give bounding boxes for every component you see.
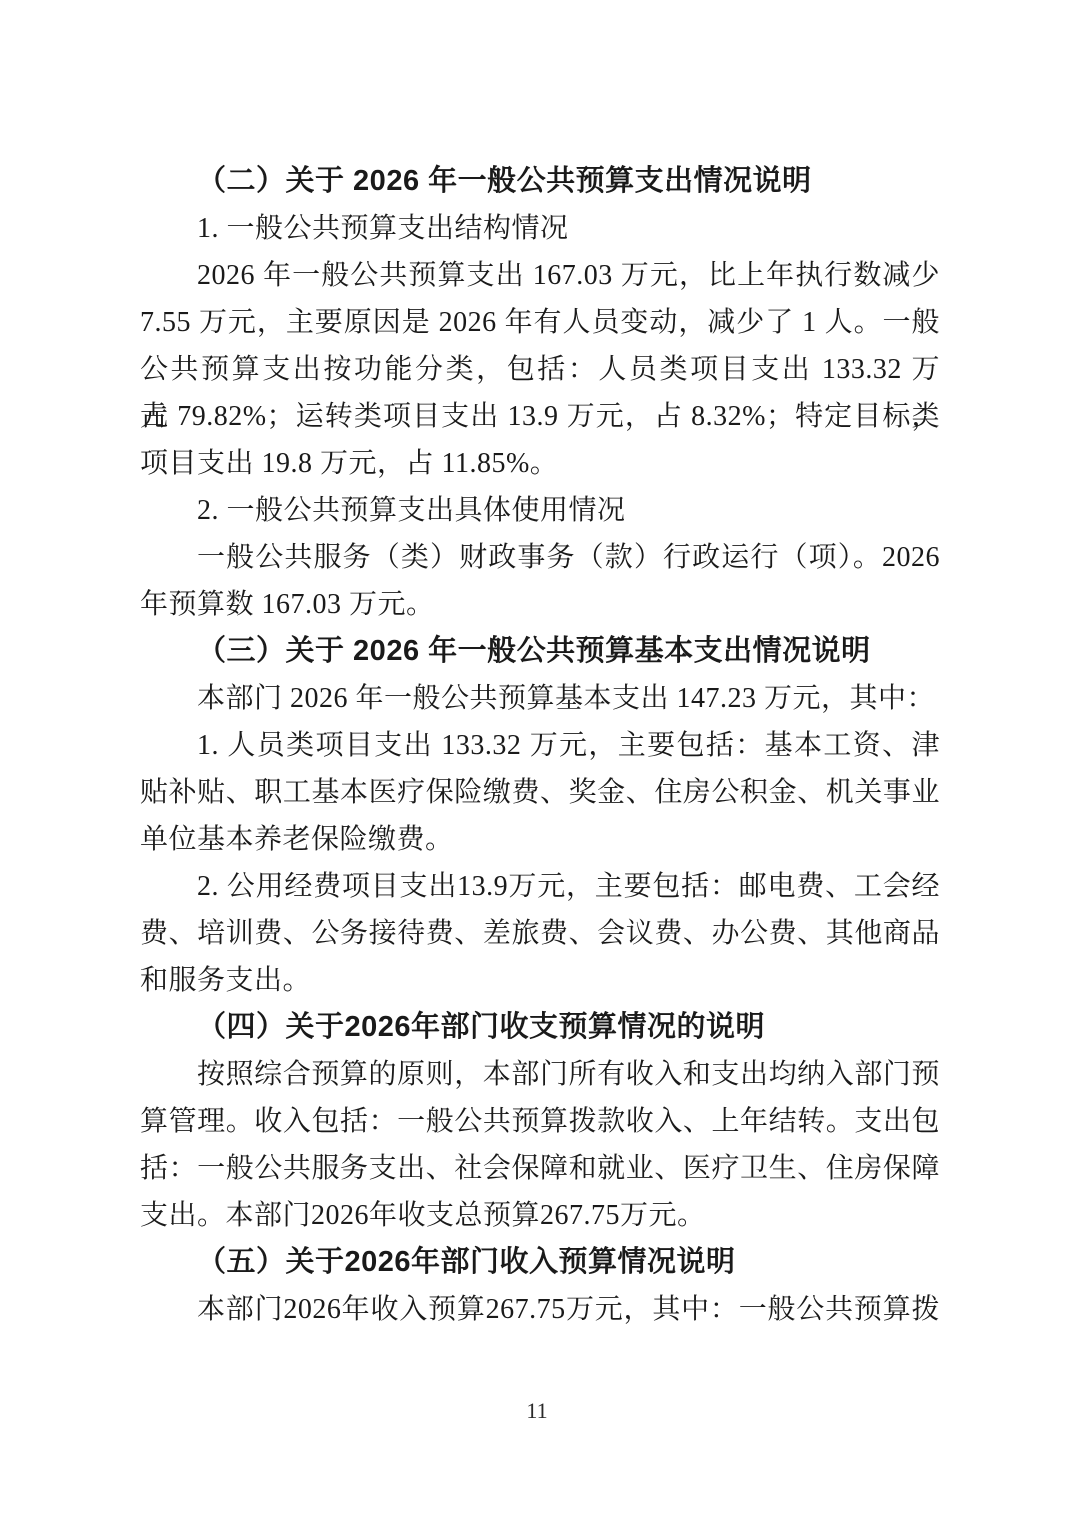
section-heading: （三）关于 2026 年一般公共预算基本支出情况说明 (140, 628, 940, 675)
paragraph-line: 括：一般公共服务支出、社会保障和就业、医疗卫生、住房保障 (140, 1145, 940, 1192)
paragraph-line: 2026 年一般公共预算支出 167.03 万元，比上年执行数减少 (140, 252, 940, 299)
paragraph-line: 1. 人员类项目支出 133.32 万元，主要包括：基本工资、津 (140, 722, 940, 769)
paragraph-line: 和服务支出。 (140, 957, 940, 1004)
paragraph-line: 本部门 2026 年一般公共预算基本支出 147.23 万元，其中： (140, 675, 940, 722)
document-content: （二）关于 2026 年一般公共预算支出情况说明1. 一般公共预算支出结构情况2… (140, 158, 940, 1333)
page-number: 11 (0, 1396, 1074, 1426)
section-heading: （二）关于 2026 年一般公共预算支出情况说明 (140, 158, 940, 205)
paragraph-line: 单位基本养老保险缴费。 (140, 816, 940, 863)
paragraph-line: 按照综合预算的原则，本部门所有收入和支出均纳入部门预 (140, 1051, 940, 1098)
paragraph-line: 费、培训费、公务接待费、差旅费、会议费、办公费、其他商品 (140, 910, 940, 957)
document-page: （二）关于 2026 年一般公共预算支出情况说明1. 一般公共预算支出结构情况2… (0, 0, 1074, 1520)
paragraph-line: 年预算数 167.03 万元。 (140, 581, 940, 628)
paragraph-line: 一般公共服务（类）财政事务（款）行政运行（项）。2026 (140, 534, 940, 581)
paragraph-line: 占 79.82%；运转类项目支出 13.9 万元，占 8.32%；特定目标类 (140, 393, 940, 440)
section-heading: 1. 一般公共预算支出结构情况 (140, 205, 940, 252)
paragraph-line: 公共预算支出按功能分类，包括：人员类项目支出 133.32 万元， (140, 346, 940, 393)
paragraph-line: 贴补贴、职工基本医疗保险缴费、奖金、住房公积金、机关事业 (140, 769, 940, 816)
section-heading: 2. 一般公共预算支出具体使用情况 (140, 487, 940, 534)
paragraph-line: 项目支出 19.8 万元，占 11.85%。 (140, 440, 940, 487)
paragraph-line: 7.55 万元，主要原因是 2026 年有人员变动，减少了 1 人。一般 (140, 299, 940, 346)
paragraph-line: 本部门2026年收入预算267.75万元，其中：一般公共预算拨 (140, 1286, 940, 1333)
section-heading: （四）关于2026年部门收支预算情况的说明 (140, 1004, 940, 1051)
paragraph-line: 支出。本部门2026年收支总预算267.75万元。 (140, 1192, 940, 1239)
paragraph-line: 算管理。收入包括：一般公共预算拨款收入、上年结转。支出包 (140, 1098, 940, 1145)
section-heading: （五）关于2026年部门收入预算情况说明 (140, 1239, 940, 1286)
paragraph-line: 2. 公用经费项目支出13.9万元，主要包括：邮电费、工会经 (140, 863, 940, 910)
